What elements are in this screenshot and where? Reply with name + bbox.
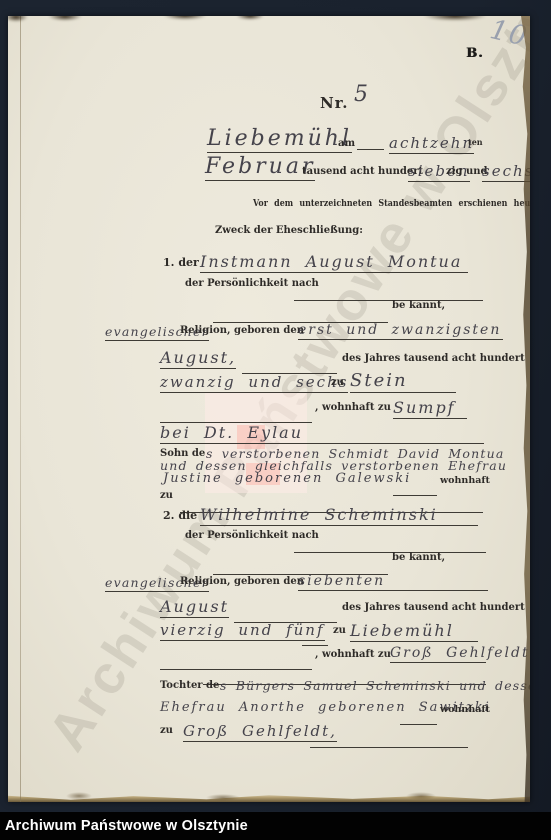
form-section-letter: B. <box>466 46 484 61</box>
groom-religion-line: evangelischer Religion, geboren den erst… <box>8 322 530 342</box>
des-jahres-label: des Jahres tausend acht hundert <box>342 353 525 364</box>
groom-bekannt-line: be kannt, <box>8 300 530 320</box>
hw-year-ones: sechs <box>482 162 530 182</box>
bride-name: Wilhelmine Scheminski <box>200 505 478 526</box>
bride-religion-line: evangelischer Religion, geboren den sieb… <box>8 573 530 593</box>
groom-birth-month: August, <box>160 348 236 369</box>
hw-place: Liebemühl <box>207 126 352 153</box>
groom-num: 1. der <box>163 256 199 269</box>
label-am: am <box>338 138 355 149</box>
archive-footer-bar: Archiwum Państwowe w Olsztynie <box>0 812 551 840</box>
blank-line <box>242 360 337 374</box>
groom-birth-day: erst und zwanzigsten <box>298 322 503 340</box>
record-number-line: Nr. 5 <box>8 94 530 114</box>
burn-mark <box>236 16 264 20</box>
wear-spot <box>206 794 240 801</box>
bride-residence: Groß Gehlfeldt, <box>390 645 486 663</box>
groom-name-line: 1. der Instmann August Montua <box>8 252 530 272</box>
zu-label: zu <box>333 625 346 636</box>
wear-spot <box>66 792 92 800</box>
intro-text-1: Vor dem unterzeichneten Standesbeamten e… <box>253 199 530 209</box>
dateline-month-year: Februar tausend acht hundert sieben zig … <box>8 162 530 182</box>
blank-line <box>294 539 486 553</box>
burn-mark <box>163 16 207 20</box>
groom-parents-line3: Justine geborenen Galewski wohnhaft <box>8 471 530 491</box>
groom-parents-3: Justine geborenen Galewski <box>163 471 411 486</box>
zu-label: zu <box>160 725 173 736</box>
groom-birth-month-line: August, des Jahres tausend acht hundert <box>8 348 530 368</box>
blank-line <box>357 136 384 150</box>
blank-line <box>160 409 312 423</box>
nr-value: 5 <box>354 82 371 107</box>
dateline-place: Liebemühl am achtzehn ten <box>8 132 530 152</box>
burn-mark <box>8 16 28 22</box>
religion-label: Religion, geboren den <box>180 325 304 336</box>
burn-mark <box>48 16 82 21</box>
pencil-page-number: 10 <box>487 16 530 53</box>
bride-birth-place: Liebemühl <box>350 621 478 642</box>
bride-identity-line: der Persönlichkeit nach <box>8 530 530 550</box>
bride-birth-month: August <box>160 597 229 618</box>
groom-residence-line: , wohnhaft zu Sumpf <box>8 398 530 418</box>
be-label: be <box>392 300 405 311</box>
burn-mark <box>423 16 487 21</box>
blank-line <box>310 734 468 748</box>
groom-birth-year-line: zwanzig und sechs zu Stein <box>8 373 530 393</box>
blank-line <box>302 632 328 646</box>
bride-parents-line1: Tochter de s Bürgers Samuel Scheminski u… <box>8 678 530 698</box>
bride-birth-month-line: August des Jahres tausend acht hundert <box>8 597 530 617</box>
be-label: be <box>392 552 405 563</box>
kannt-label: kannt, <box>409 300 445 311</box>
groom-residence2-line: bei Dt. Eylau <box>8 423 530 443</box>
religion-label: Religion, geboren den <box>180 576 304 587</box>
groom-residence: Sumpf <box>393 398 467 419</box>
bride-zu-line: zu Groß Gehlfeldt, <box>8 722 530 742</box>
bride-num: 2. die <box>163 509 197 522</box>
des-jahres-label: des Jahres tausend acht hundert <box>342 602 525 613</box>
groom-residence2: bei Dt. Eylau <box>160 423 484 444</box>
zu-label: zu <box>160 490 173 501</box>
document-page: Archiwum Państwowe w Olsztynie 10 B. Nr.… <box>8 16 530 802</box>
wohnhaft-zu-label: , wohnhaft zu <box>315 649 391 660</box>
bride-birth-day: siebenten <box>298 573 488 591</box>
tochter-de-label: Tochter de <box>160 680 219 691</box>
bride-birth-year-line: vierzig und fünf zu Liebemühl <box>8 621 530 641</box>
intro-text-2: Zweck der Eheschließung: <box>215 225 363 236</box>
zu-label: zu <box>331 377 344 388</box>
bride-parents-line2: Ehefrau Anorthe geborenen Sawitzki wohnh… <box>8 700 530 720</box>
wohnhaft-label: wohnhaft <box>440 704 490 715</box>
groom-name: Instmann August Montua <box>200 252 468 273</box>
bride-bekannt-line: be kannt, <box>8 552 530 572</box>
hw-month: Februar <box>205 154 315 181</box>
wohnhaft-zu-label: , wohnhaft zu <box>315 402 391 413</box>
bride-parents-1: s Bürgers Samuel Scheminski und dessen <box>220 678 530 693</box>
bride-birth-year: vierzig und fünf <box>160 621 325 641</box>
label-ten: ten <box>468 137 483 147</box>
groom-identity-line: der Persönlichkeit nach <box>8 278 530 298</box>
blank-line <box>294 287 483 301</box>
wohnhaft-label: wohnhaft <box>440 475 490 486</box>
nr-label: Nr. <box>320 94 348 112</box>
hw-day: achtzehn <box>389 134 474 154</box>
groom-birth-place: Stein <box>350 370 456 393</box>
archive-footer-text: Archiwum Państwowe w Olsztynie <box>5 818 248 834</box>
kannt-label: kannt, <box>409 552 445 563</box>
archive-scan-view: { "archive": { "footer": "Archiwum Państ… <box>0 0 551 840</box>
blank-line <box>213 309 388 323</box>
intro-line-1: Vor dem unterzeichneten Standesbeamten e… <box>8 199 530 219</box>
label-thousand: tausend acht hundert <box>302 166 423 177</box>
bride-name-line: 2. die Wilhelmine Scheminski <box>8 505 530 525</box>
wear-spot <box>406 792 436 800</box>
intro-line-2: Zweck der Eheschließung: <box>8 225 530 245</box>
groom-birth-year: zwanzig und sechs <box>160 373 348 393</box>
